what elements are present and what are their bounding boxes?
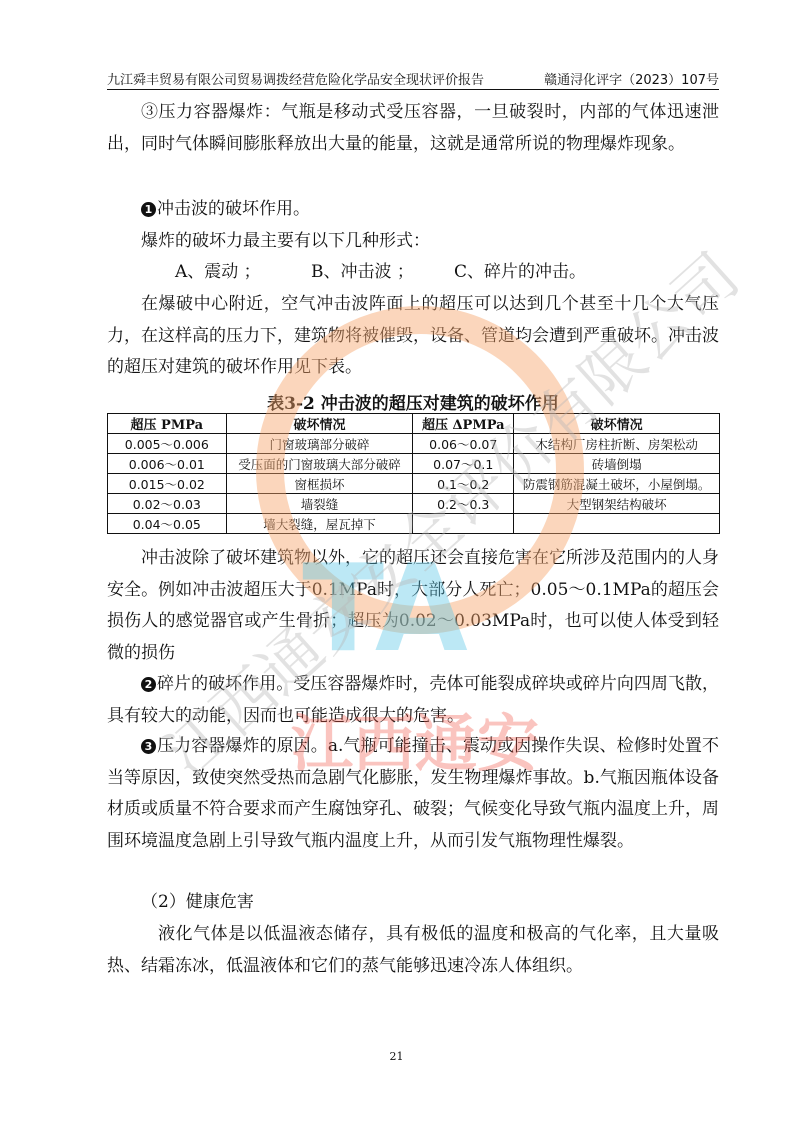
paragraph-pressure-vessel-explosion: ③压力容器爆炸：气瓶是移动式受压容器，一旦破裂时，内部的气体迅速泄出，同时气体瞬…: [107, 97, 719, 160]
column-header: 破坏情况: [514, 414, 720, 434]
table-cell: 0.2～0.3: [413, 494, 514, 514]
option-c: C、碎片的冲击。: [420, 257, 586, 289]
paragraph-forms-intro: 爆炸的破坏力最主要有以下几种形式：: [107, 226, 719, 258]
fragments-text: 碎片的破坏作用。受压容器爆炸时，壳体可能裂成碎块或碎片向四周飞散，具有较大的动能…: [107, 674, 719, 726]
options-list: A、震动 ；B、冲击波 ；C、碎片的冲击。: [107, 257, 719, 289]
table-cell: [413, 514, 514, 534]
table-cell: 墙裂缝: [226, 494, 413, 514]
table-cell: 门窗玻璃部分破碎: [226, 434, 413, 454]
column-header: 超压 ΔPMPa: [413, 414, 514, 434]
table-cell: 0.005～0.006: [108, 434, 227, 454]
table-cell: 0.07～0.1: [413, 454, 514, 474]
table-row: 0.04～0.05 墙大裂缝，屋瓦掉下: [108, 514, 720, 534]
option-b: B、冲击波 ；: [277, 257, 420, 289]
page-header: 九江舜丰贸易有限公司贸易调拨经营危险化学品安全现状评价报告 赣通浔化评字（202…: [107, 66, 719, 88]
paragraph-shockwave-heading: 1冲击波的破坏作用。: [107, 194, 719, 226]
paragraph-personal-safety: 冲击波除了破坏建筑物以外，它的超压还会直接危害在它所涉及范围内的人身安全。例如冲…: [107, 543, 719, 669]
table-header-row: 超压 PMPa 破坏情况 超压 ΔPMPa 破坏情况: [108, 414, 720, 434]
table-cell: 防震钢筋混凝土破坏，小屋倒塌。: [514, 474, 720, 494]
explosion-causes-text: 压力容器爆炸的原因。a.气瓶可能撞击、震动或因操作失误、检修时处置不当等原因，致…: [107, 736, 719, 851]
table-cell: 0.1～0.2: [413, 474, 514, 494]
overpressure-damage-table: 超压 PMPa 破坏情况 超压 ΔPMPa 破坏情况 0.005～0.006 门…: [107, 413, 720, 534]
table-row: 0.006～0.01 受压面的门窗玻璃大部分破碎 0.07～0.1 砖墙倒塌: [108, 454, 720, 474]
paragraph-overpressure: 在爆破中心附近，空气冲击波阵面上的超压可以达到几个甚至十几个大气压力，在这样高的…: [107, 289, 719, 384]
table-cell: 0.006～0.01: [108, 454, 227, 474]
page-number: 21: [0, 1050, 793, 1063]
number-circle-1-icon: 1: [141, 202, 156, 217]
table-row: 0.015～0.02 窗框损坏 0.1～0.2 防震钢筋混凝土破坏，小屋倒塌。: [108, 474, 720, 494]
paragraph-fragments: 2碎片的破坏作用。受压容器爆炸时，壳体可能裂成碎块或碎片向四周飞散，具有较大的动…: [107, 669, 719, 732]
document-page: 九江舜丰贸易有限公司贸易调拨经营危险化学品安全现状评价报告 赣通浔化评字（202…: [0, 0, 793, 1122]
table-cell: 0.015～0.02: [108, 474, 227, 494]
table-cell: 0.02～0.03: [108, 494, 227, 514]
table-cell: 窗框损坏: [226, 474, 413, 494]
section-heading-health-hazard: （2）健康危害: [107, 887, 719, 919]
table-title: 表3-2 冲击波的超压对建筑的破坏作用: [107, 389, 719, 414]
header-divider: [107, 89, 719, 90]
shockwave-heading-text: 冲击波的破坏作用。: [157, 199, 310, 219]
table-row: 0.005～0.006 门窗玻璃部分破碎 0.06～0.07 木结构厂房柱折断、…: [108, 434, 720, 454]
table-row: 0.02～0.03 墙裂缝 0.2～0.3 大型钢架结构破坏: [108, 494, 720, 514]
table-cell: 0.06～0.07: [413, 434, 514, 454]
table-cell: 墙大裂缝，屋瓦掉下: [226, 514, 413, 534]
report-number: 赣通浔化评字（2023）107号: [544, 69, 719, 88]
number-circle-3-icon: 3: [141, 739, 156, 754]
table-cell: 受压面的门窗玻璃大部分破碎: [226, 454, 413, 474]
option-a: A、震动 ；: [141, 257, 277, 289]
paragraph-health-hazard: 液化气体是以低温液态储存，具有极低的温度和极高的气化率，且大量吸热、结霜冻冰，低…: [107, 919, 719, 982]
table-cell: 木结构厂房柱折断、房架松动: [514, 434, 720, 454]
number-circle-2-icon: 2: [141, 677, 156, 692]
table-cell: 0.04～0.05: [108, 514, 227, 534]
table-cell: 砖墙倒塌: [514, 454, 720, 474]
table-cell: 大型钢架结构破坏: [514, 494, 720, 514]
report-title: 九江舜丰贸易有限公司贸易调拨经营危险化学品安全现状评价报告: [107, 69, 484, 88]
table-cell: [514, 514, 720, 534]
paragraph-explosion-causes: 3压力容器爆炸的原因。a.气瓶可能撞击、震动或因操作失误、检修时处置不当等原因，…: [107, 731, 719, 857]
column-header: 超压 PMPa: [108, 414, 227, 434]
column-header: 破坏情况: [226, 414, 413, 434]
